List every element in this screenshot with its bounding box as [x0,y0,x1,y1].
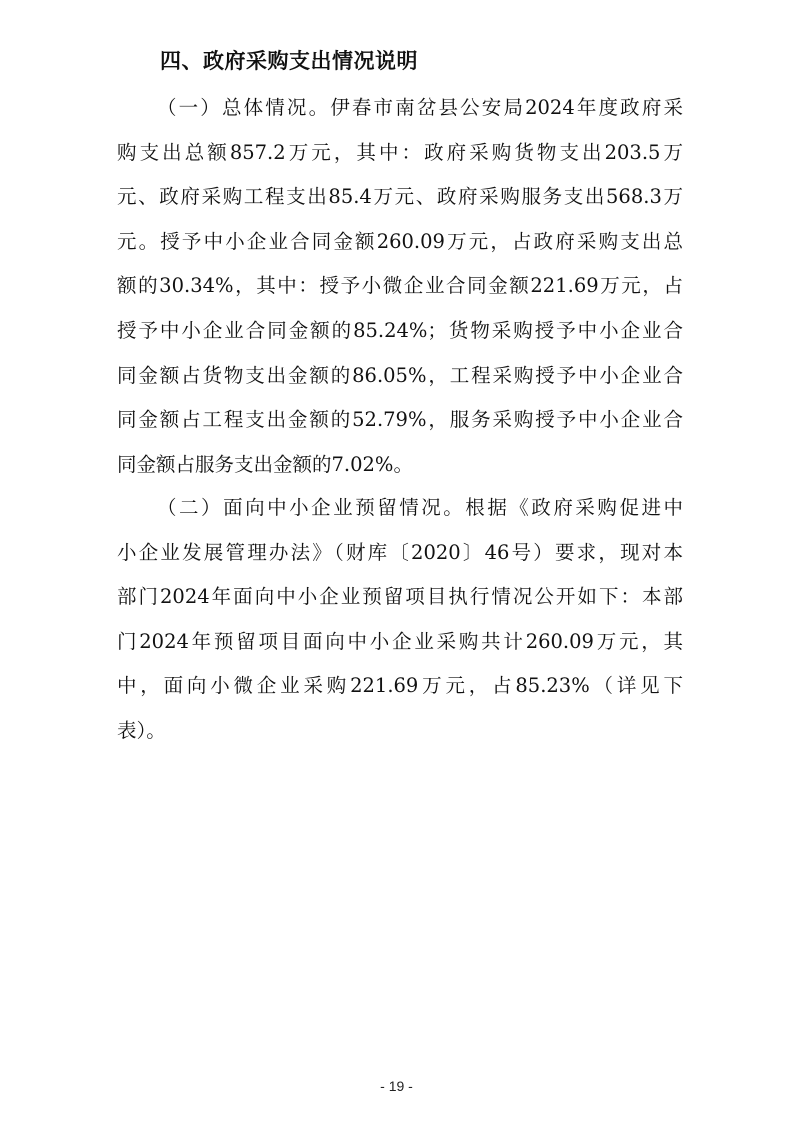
paragraph-sme-reservation: （二）面向中小企业预留情况。根据《政府采购促进中 小企业发展管理办法》（财库〔2… [117,486,683,754]
text-line: 购支出总额857.2万元，其中：政府采购货物支出203.5万 [117,131,683,176]
text-line: 中，面向小微企业采购221.69万元，占85.23%（详见下 [117,664,683,709]
text-line: 同金额占货物支出金额的86.05%，工程采购授予中小企业合 [117,354,683,399]
text-line: 元、政府采购工程支出85.4万元、政府采购服务支出568.3万 [117,175,683,220]
text-line: 额的30.34%，其中：授予小微企业合同金额221.69万元，占 [117,264,683,309]
text-line: 部门2024年面向中小企业预留项目执行情况公开如下：本部 [117,575,683,620]
text-line: 小企业发展管理办法》（财库〔2020〕46号）要求，现对本 [117,531,683,576]
text-line: 元。授予中小企业合同金额260.09万元，占政府采购支出总 [117,220,683,265]
text-line: 同金额占服务支出金额的7.02%。 [117,443,683,488]
text-line: （一）总体情况。伊春市南岔县公安局2024年度政府采 [117,86,683,131]
section-heading: 四、政府采购支出情况说明 [160,45,418,75]
text-line: 同金额占工程支出金额的52.79%，服务采购授予中小企业合 [117,398,683,443]
text-line: 表）。 [117,709,683,754]
text-line: 门2024年预留项目面向中小企业采购共计260.09万元，其 [117,620,683,665]
page-number: - 19 - [0,1078,793,1094]
text-line: 授予中小企业合同金额的85.24%；货物采购授予中小企业合 [117,309,683,354]
paragraph-overall: （一）总体情况。伊春市南岔县公安局2024年度政府采 购支出总额857.2万元，… [117,86,683,487]
text-line: （二）面向中小企业预留情况。根据《政府采购促进中 [117,486,683,531]
